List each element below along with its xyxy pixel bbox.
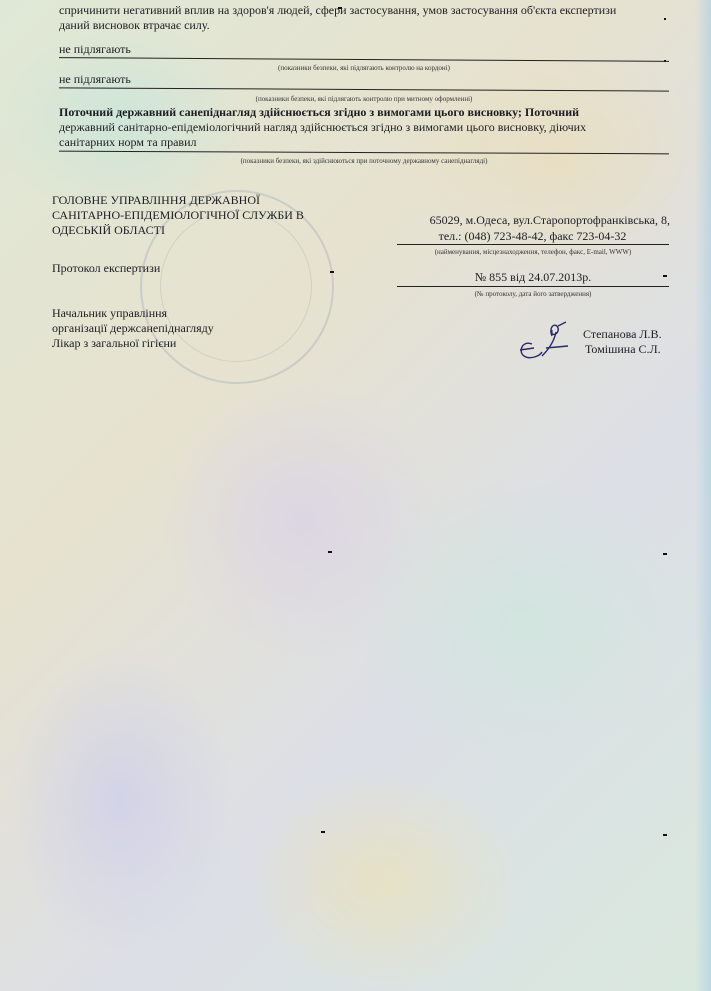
signatory-names: Степанова Л.В. Томішина С.Л. xyxy=(583,327,662,357)
supervision-line-1: Поточний державний санепіднагляд здійсню… xyxy=(59,105,679,120)
customs-control-value: не підлягають xyxy=(59,72,131,87)
protocol-label: Протокол експертизи xyxy=(52,261,160,276)
address-caption: (найменування, місцезнаходження, телефон… xyxy=(397,248,669,256)
signatory-titles: Начальник управління організації держсан… xyxy=(52,306,214,351)
border-control-caption: (показники безпеки, які підлягають контр… xyxy=(59,64,669,72)
signatory-title-3: Лікар з загальної гігієни xyxy=(52,336,214,351)
punch-dot xyxy=(663,834,667,836)
border-control-value: не підлягають xyxy=(59,42,131,57)
paper-edge-shadow xyxy=(695,0,711,991)
supervision-line-2: державний санітарно-епідеміологічний наг… xyxy=(59,120,679,135)
org-name-line-3: ОДЕСЬКІЙ ОБЛАСТІ xyxy=(52,223,304,238)
org-name-line-2: САНІТАРНО-ЕПІДЕМІОЛОГІЧНОЇ СЛУЖБИ В xyxy=(52,208,304,223)
address-line-1: 65029, м.Одеса, вул.Старопортофранківськ… xyxy=(395,212,670,228)
current-supervision-text: Поточний державний санепіднагляд здійсню… xyxy=(59,105,679,150)
punch-dot xyxy=(663,553,667,555)
address-underline xyxy=(397,244,669,245)
intro-line-1: спричинити негативний вплив на здоров'я … xyxy=(59,3,679,18)
punch-dot xyxy=(328,551,332,553)
supervision-underline xyxy=(59,151,669,155)
protocol-underline xyxy=(397,286,669,287)
protocol-caption: (№ протоколу, дата його затвердження) xyxy=(397,290,669,298)
org-name-line-1: ГОЛОВНЕ УПРАВЛІННЯ ДЕРЖАВНОЇ xyxy=(52,193,304,208)
protocol-number: № 855 від 24.07.2013р. xyxy=(397,270,669,285)
handwritten-signature-icon xyxy=(512,318,582,363)
border-control-underline xyxy=(59,57,669,62)
customs-control-underline xyxy=(59,87,669,91)
address-line-2: тел.: (048) 723-48-42, факс 723-04-32 xyxy=(395,228,670,244)
intro-text: спричинити негативний вплив на здоров'я … xyxy=(59,3,679,33)
customs-control-caption: (показники безпеки, які підлягають контр… xyxy=(59,95,669,103)
signatory-name-2: Томішина С.Л. xyxy=(583,342,662,357)
punch-dot xyxy=(321,831,325,833)
signatory-title-2: організації держсанепіднагляду xyxy=(52,321,214,336)
intro-line-2: даний висновок втрачає силу. xyxy=(59,18,679,33)
supervision-line-3: санітарних норм та правил xyxy=(59,135,679,150)
signatory-name-1: Степанова Л.В. xyxy=(583,327,662,342)
organization-name: ГОЛОВНЕ УПРАВЛІННЯ ДЕРЖАВНОЇ САНІТАРНО-Е… xyxy=(52,193,304,238)
signatory-title-1: Начальник управління xyxy=(52,306,214,321)
organization-address: 65029, м.Одеса, вул.Старопортофранківськ… xyxy=(395,212,670,244)
punch-dot xyxy=(663,275,667,277)
punch-dot xyxy=(330,271,334,273)
supervision-caption: (показники безпеки, які здійснюються при… xyxy=(59,157,669,165)
